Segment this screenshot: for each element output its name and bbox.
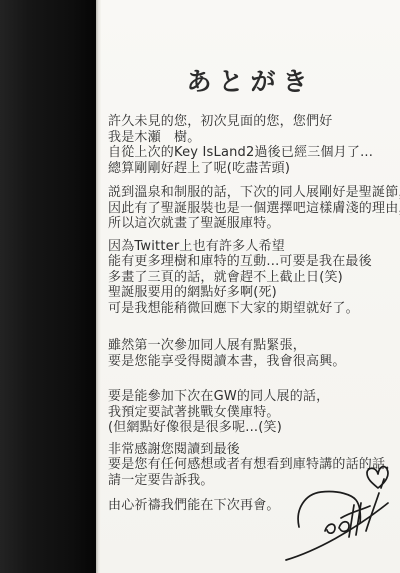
- text-line: 我預定要試著挑戰女僕庫特。: [108, 405, 400, 421]
- paragraph: 因為Twitter上也有許多人希望能有更多理樹和庫特的互動...可要是我在最後多…: [108, 239, 400, 317]
- text-line: 因此有了聖誕服裝也是一個選擇吧這樣膚淺的理由，: [108, 201, 400, 217]
- paragraph: 許久未見的您，初次見面的您，您們好我是木瀬 樹。自從上次的Key IsLand2…: [108, 114, 400, 176]
- text-line: 可是我想能稍微回應下大家的期望就好了。: [108, 301, 400, 317]
- text-line: 許久未見的您，初次見面的您，您們好: [108, 114, 400, 130]
- text-line: 總算剛剛好趕上了呢(吃盡苦頭): [108, 161, 400, 177]
- signature-stroke: [286, 479, 388, 560]
- text-line: 所以這次就畫了聖誕服庫特。: [108, 216, 400, 232]
- text-line: 要是您能享受得閱讀本書，我會很高興。: [108, 354, 400, 370]
- text-line: 聖誕服要用的網點好多啊(死): [108, 285, 400, 301]
- text-line: 非常感謝您閱讀到最後: [108, 442, 400, 458]
- paragraph: 要是能參加下次在GW的同人展的話，我預定要試著挑戰女僕庫特。(但網點好像很是很多…: [108, 389, 400, 436]
- text-line: 要是能參加下次在GW的同人展的話，: [108, 389, 400, 405]
- text-line: 雖然第一次參加同人展有點緊張，: [108, 338, 400, 354]
- paragraph: 説到溫泉和制服的話，下次的同人展剛好是聖誕節，因此有了聖誕服裝也是一個選擇吧這樣…: [108, 185, 400, 232]
- text-line: 能有更多理樹和庫特的互動...可要是我在最後: [108, 254, 400, 270]
- artist-signature: [281, 460, 395, 568]
- afterword-page: あとがき 許久未見的您，初次見面的您，您們好我是木瀬 樹。自從上次的Key Is…: [0, 0, 400, 573]
- afterword-title: あとがき: [101, 0, 400, 98]
- text-line: 多畫了三頁的話，就會趕不上截止日(笑): [108, 270, 400, 286]
- text-line: 説到溫泉和制服的話，下次的同人展剛好是聖誕節，: [108, 185, 400, 201]
- text-line: 自從上次的Key IsLand2過後已經三個月了...: [108, 145, 400, 161]
- book-spine-black-bar: [0, 0, 96, 573]
- heart-outline-icon: [367, 467, 388, 488]
- text-line: 我是木瀬 樹。: [108, 130, 400, 146]
- afterword-body: 許久未見的您，初次見面的您，您們好我是木瀬 樹。自從上次的Key IsLand2…: [108, 114, 400, 514]
- paragraph: 雖然第一次參加同人展有點緊張，要是您能享受得閱讀本書，我會很高興。: [108, 338, 400, 369]
- text-line: 因為Twitter上也有許多人希望: [108, 239, 400, 255]
- text-line: (但網點好像很是很多呢...(笑): [108, 420, 400, 436]
